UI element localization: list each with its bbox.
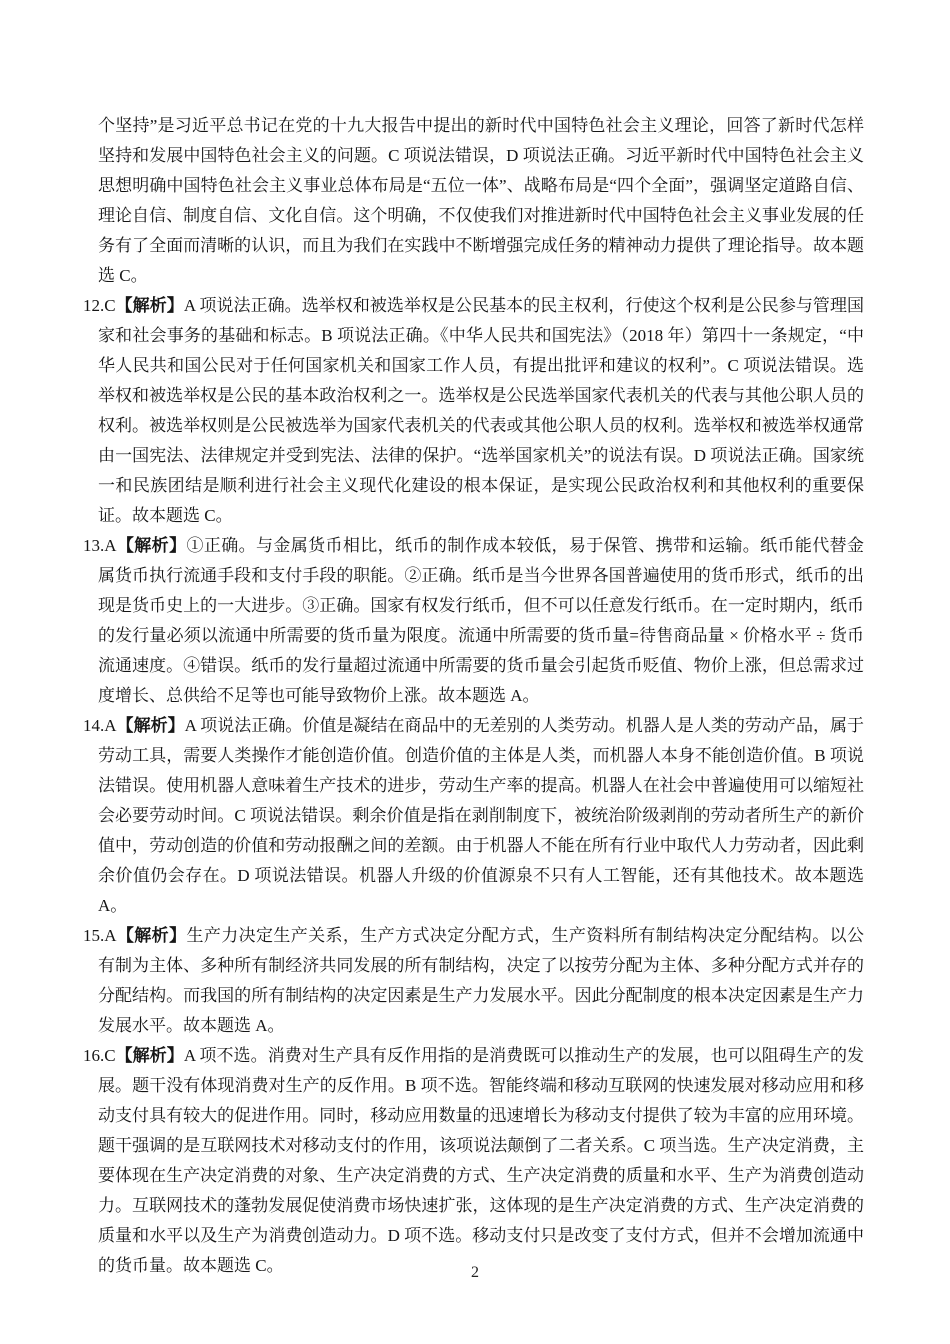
analysis-label: 【解析】 — [117, 716, 185, 735]
item-number: 13.A — [83, 536, 117, 555]
item-text: A 项不选。消费对生产具有反作用指的是消费既可以推动生产的发展，也可以阻碍生产的… — [98, 1046, 864, 1275]
item-text: ①正确。与金属货币相比，纸币的制作成本较低，易于保管、携带和运输。纸币能代替金属… — [98, 536, 864, 705]
item-number: 12.C — [83, 296, 116, 315]
item-number: 14.A — [83, 716, 117, 735]
analysis-label: 【解析】 — [117, 536, 187, 555]
answer-item-11-continuation: 个坚持”是习近平总书记在党的十九大报告中提出的新时代中国特色社会主义理论，回答了… — [83, 111, 864, 291]
answer-item-13: 13.A【解析】①正确。与金属货币相比，纸币的制作成本较低，易于保管、携带和运输… — [83, 531, 864, 711]
item-number: 16.C — [83, 1046, 116, 1065]
answer-item-12: 12.C【解析】A 项说法正确。选举权和被选举权是公民基本的民主权利，行使这个权… — [83, 291, 864, 531]
item-text: A 项说法正确。价值是凝结在商品中的无差别的人类劳动。机器人是人类的劳动产品，属… — [98, 716, 864, 915]
answer-item-14: 14.A【解析】A 项说法正确。价值是凝结在商品中的无差别的人类劳动。机器人是人… — [83, 711, 864, 921]
page-number: 2 — [0, 1264, 950, 1282]
item-text: 个坚持”是习近平总书记在党的十九大报告中提出的新时代中国特色社会主义理论，回答了… — [98, 116, 864, 285]
document-page: 个坚持”是习近平总书记在党的十九大报告中提出的新时代中国特色社会主义理论，回答了… — [0, 0, 950, 1344]
analysis-label: 【解析】 — [116, 296, 184, 315]
answer-explanations: 个坚持”是习近平总书记在党的十九大报告中提出的新时代中国特色社会主义理论，回答了… — [83, 111, 864, 1281]
answer-item-15: 15.A【解析】生产力决定生产关系，生产方式决定分配方式，生产资料所有制结构决定… — [83, 921, 864, 1041]
analysis-label: 【解析】 — [117, 926, 187, 945]
item-text: 生产力决定生产关系，生产方式决定分配方式，生产资料所有制结构决定分配结构。以公有… — [98, 926, 864, 1035]
item-number: 15.A — [83, 926, 117, 945]
item-text: A 项说法正确。选举权和被选举权是公民基本的民主权利，行使这个权利是公民参与管理… — [98, 296, 864, 525]
analysis-label: 【解析】 — [116, 1046, 184, 1065]
answer-item-16: 16.C【解析】A 项不选。消费对生产具有反作用指的是消费既可以推动生产的发展，… — [83, 1041, 864, 1281]
